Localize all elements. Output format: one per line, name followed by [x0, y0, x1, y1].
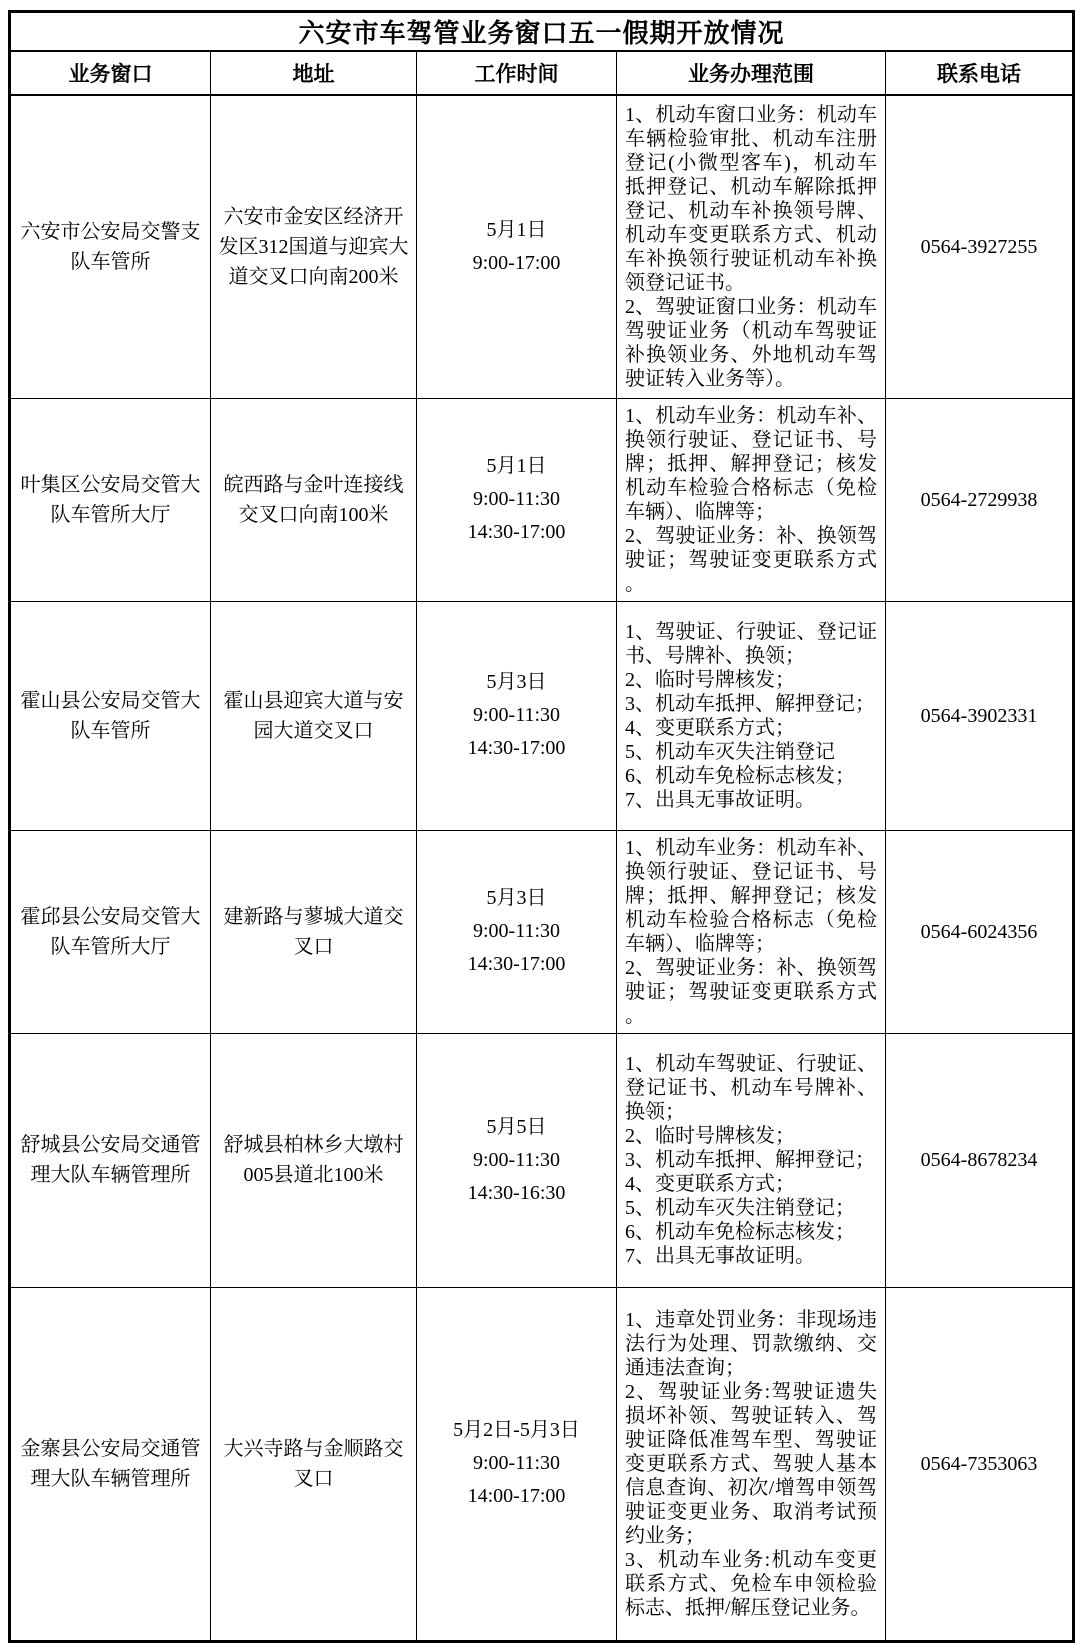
table-row: 舒城县公安局交通管理大队车辆管理所 舒城县柏林乡大墩村005县道北100米 5月…: [10, 1033, 1074, 1287]
cell-hours: 5月1日 9:00-11:30 14:30-17:00: [417, 398, 617, 601]
cell-phone: 0564-3902331: [886, 601, 1074, 830]
column-header-phone: 联系电话: [886, 51, 1074, 95]
cell-scope: 1、机动车驾驶证、行驶证、登记证书、机动车号牌补、换领； 2、临时号牌核发； 3…: [617, 1033, 886, 1287]
title-row: 六安市车驾管业务窗口五一假期开放情况: [10, 12, 1074, 52]
cell-window: 霍山县公安局交管大队车管所: [10, 601, 211, 830]
cell-address: 建新路与蓼城大道交叉口: [211, 830, 417, 1033]
cell-hours: 5月2日-5月3日 9:00-11:30 14:00-17:00: [417, 1287, 617, 1641]
cell-hours: 5月3日 9:00-11:30 14:30-17:00: [417, 830, 617, 1033]
cell-address: 皖西路与金叶连接线交叉口向南100米: [211, 398, 417, 601]
table-row: 金寨县公安局交通管理大队车辆管理所 大兴寺路与金顺路交叉口 5月2日-5月3日 …: [10, 1287, 1074, 1641]
cell-address: 大兴寺路与金顺路交叉口: [211, 1287, 417, 1641]
cell-address: 霍山县迎宾大道与安园大道交叉口: [211, 601, 417, 830]
cell-hours: 5月3日 9:00-11:30 14:30-17:00: [417, 601, 617, 830]
cell-window: 金寨县公安局交通管理大队车辆管理所: [10, 1287, 211, 1641]
cell-scope: 1、驾驶证、行驶证、登记证书、号牌补、换领； 2、临时号牌核发； 3、机动车抵押…: [617, 601, 886, 830]
cell-window: 六安市公安局交警支队车管所: [10, 95, 211, 398]
cell-window: 舒城县公安局交通管理大队车辆管理所: [10, 1033, 211, 1287]
cell-phone: 0564-3927255: [886, 95, 1074, 398]
column-header-row: 业务窗口 地址 工作时间 业务办理范围 联系电话: [10, 51, 1074, 95]
table-row: 霍山县公安局交管大队车管所 霍山县迎宾大道与安园大道交叉口 5月3日 9:00-…: [10, 601, 1074, 830]
cell-address: 舒城县柏林乡大墩村005县道北100米: [211, 1033, 417, 1287]
table-row: 叶集区公安局交管大队车管所大厅 皖西路与金叶连接线交叉口向南100米 5月1日 …: [10, 398, 1074, 601]
cell-hours: 5月1日 9:00-17:00: [417, 95, 617, 398]
cell-scope: 1、机动车窗口业务：机动车车辆检验审批、机动车注册登记(小微型客车)，机动车抵押…: [617, 95, 886, 398]
cell-window: 叶集区公安局交管大队车管所大厅: [10, 398, 211, 601]
cell-window: 霍邱县公安局交管大队车管所大厅: [10, 830, 211, 1033]
table-row: 霍邱县公安局交管大队车管所大厅 建新路与蓼城大道交叉口 5月3日 9:00-11…: [10, 830, 1074, 1033]
cell-hours: 5月5日 9:00-11:30 14:30-16:30: [417, 1033, 617, 1287]
cell-phone: 0564-7353063: [886, 1287, 1074, 1641]
cell-scope: 1、机动车业务：机动车补、换领行驶证、登记证书、号牌；抵押、解押登记；核发机动车…: [617, 830, 886, 1033]
cell-address: 六安市金安区经济开发区312国道与迎宾大道交叉口向南200米: [211, 95, 417, 398]
table-row: 六安市公安局交警支队车管所 六安市金安区经济开发区312国道与迎宾大道交叉口向南…: [10, 95, 1074, 398]
cell-scope: 1、违章处罚业务：非现场违法行为处理、罚款缴纳、交通违法查询； 2、驾驶证业务:…: [617, 1287, 886, 1641]
column-header-hours: 工作时间: [417, 51, 617, 95]
cell-phone: 0564-6024356: [886, 830, 1074, 1033]
column-header-scope: 业务办理范围: [617, 51, 886, 95]
cell-phone: 0564-2729938: [886, 398, 1074, 601]
column-header-window: 业务窗口: [10, 51, 211, 95]
cell-scope: 1、机动车业务：机动车补、换领行驶证、登记证书、号牌；抵押、解押登记；核发机动车…: [617, 398, 886, 601]
column-header-address: 地址: [211, 51, 417, 95]
page-title: 六安市车驾管业务窗口五一假期开放情况: [10, 12, 1074, 52]
holiday-opening-table: 六安市车驾管业务窗口五一假期开放情况 业务窗口 地址 工作时间 业务办理范围 联…: [8, 10, 1075, 1643]
cell-phone: 0564-8678234: [886, 1033, 1074, 1287]
